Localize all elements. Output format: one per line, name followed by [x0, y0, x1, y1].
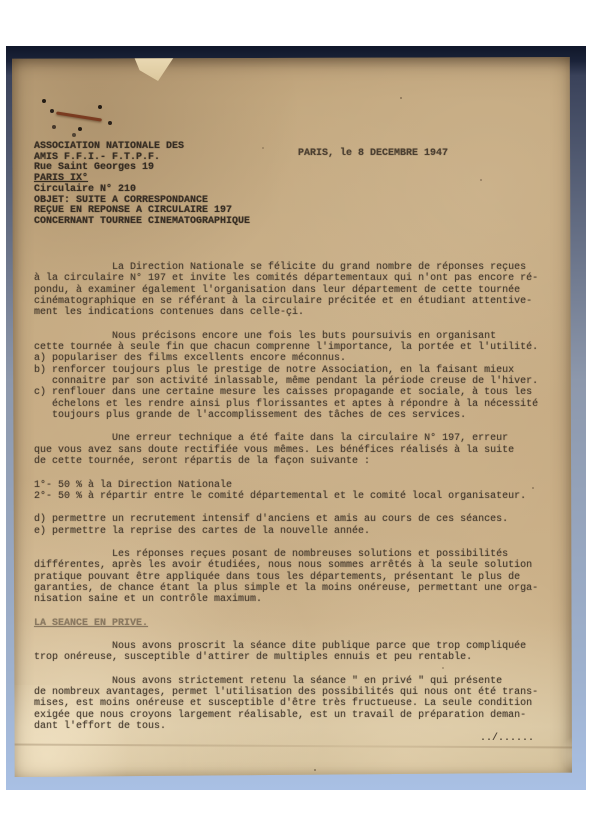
- dateline: PARIS, le 8 DECEMBRE 1947: [298, 148, 448, 159]
- letterhead: ASSOCIATION NATIONALE DESAMIS F.F.I.- F.…: [34, 142, 250, 228]
- text-line: Les réponses reçues posant de nombreuses…: [34, 549, 564, 560]
- text-line: garanties, de chance étant la plus simpl…: [34, 583, 564, 594]
- text-line: de cette tournée, seront répartis de la …: [34, 456, 564, 467]
- continuation-mark: ../......: [480, 733, 534, 744]
- document-body: La Direction Nationale se félicite du gr…: [34, 262, 564, 744]
- paragraph-proscrit: Nous avons proscrit la séance dite publi…: [34, 641, 564, 664]
- rust-dots: [42, 99, 46, 103]
- text-line: Une erreur technique a été faite dans la…: [34, 433, 564, 444]
- text-line: nisation saine et un contrôle maximum.: [34, 594, 564, 605]
- heading-seance-privee: LA SEANCE EN PRIVE.: [34, 618, 564, 629]
- text-line: La Direction Nationale se félicite du gr…: [34, 262, 564, 273]
- text-line: à la circulaire N° 197 et invite les com…: [34, 273, 564, 284]
- text-line: trop onéreuse, susceptible d'attirer de …: [34, 652, 564, 663]
- text-line: pondu, à examiner également l'organisati…: [34, 285, 564, 296]
- text-line: ment les indications contenues dans cell…: [34, 307, 564, 318]
- text-line: b) renforcer toujours plus le prestige d…: [34, 365, 564, 376]
- text-line: de nombreux avantages, permet l'utilisat…: [34, 687, 564, 698]
- text-line: pratique pouvant être appliquée dans tou…: [34, 572, 564, 583]
- document-page: ASSOCIATION NATIONALE DESAMIS F.F.I.- F.…: [12, 57, 572, 777]
- text-line: connaitre par son activité inlassable, m…: [34, 376, 564, 387]
- text-line: CONCERNANT TOURNEE CINEMATOGRAPHIQUE: [34, 217, 250, 228]
- text-line: Nous avons proscrit la séance dite publi…: [34, 641, 564, 652]
- list-permettre: d) permettre un recrutement intensif d'a…: [34, 514, 564, 537]
- text-line: e) permettre la reprise des cartes de la…: [34, 526, 564, 537]
- paragraph-error: Une erreur technique a été faite dans la…: [34, 433, 564, 467]
- torn-notch: [132, 57, 174, 81]
- text-line: dant l'effort de tous.: [34, 721, 564, 732]
- text-line: 2°- 50 % à répartir entre le comité dépa…: [34, 491, 564, 502]
- text-line: d) permettre un recrutement intensif d'a…: [34, 514, 564, 525]
- rust-line: [56, 111, 102, 121]
- text-line: cette tournée à seule fin que chacun com…: [34, 342, 564, 353]
- text-line: différentes, après les avoir étudiées, n…: [34, 560, 564, 571]
- text-line: que vous avez sans doute rectifiée vous …: [34, 445, 564, 456]
- text-line: échelons et les rendre ainsi plus floris…: [34, 399, 564, 410]
- text-line: Nous précisons encore une fois les buts …: [34, 331, 564, 342]
- paragraph-solution: Les réponses reçues posant de nombreuses…: [34, 549, 564, 606]
- staple-rust-mark: [42, 99, 122, 139]
- text-line: c) renflouer dans une certaine mesure le…: [34, 387, 564, 398]
- text-line: Nous avons strictement retenu la séance …: [34, 676, 564, 687]
- list-repartition: 1°- 50 % à la Direction Nationale2°- 50 …: [34, 480, 564, 503]
- paragraph-goals: Nous précisons encore une fois les buts …: [34, 331, 564, 422]
- text-line: Circulaire N° 210: [34, 185, 250, 196]
- paragraph-intro: La Direction Nationale se félicite du gr…: [34, 262, 564, 319]
- text-line: LA SEANCE EN PRIVE.: [34, 618, 564, 629]
- text-line: a) populariser des films excellents enco…: [34, 353, 564, 364]
- text-line: cinématographique en se référant à la ci…: [34, 296, 564, 307]
- text-line: exigée que nous croyons largement réalis…: [34, 710, 564, 721]
- text-line: toujours plus grande de l'accomplissemen…: [34, 410, 564, 421]
- scanned-document-view: ASSOCIATION NATIONALE DESAMIS F.F.I.- F.…: [0, 0, 594, 840]
- paragraph-retenu: Nous avons strictement retenu la séance …: [34, 676, 564, 733]
- text-line: mises, est moins onéreuse et susceptible…: [34, 698, 564, 709]
- text-line: 1°- 50 % à la Direction Nationale: [34, 480, 564, 491]
